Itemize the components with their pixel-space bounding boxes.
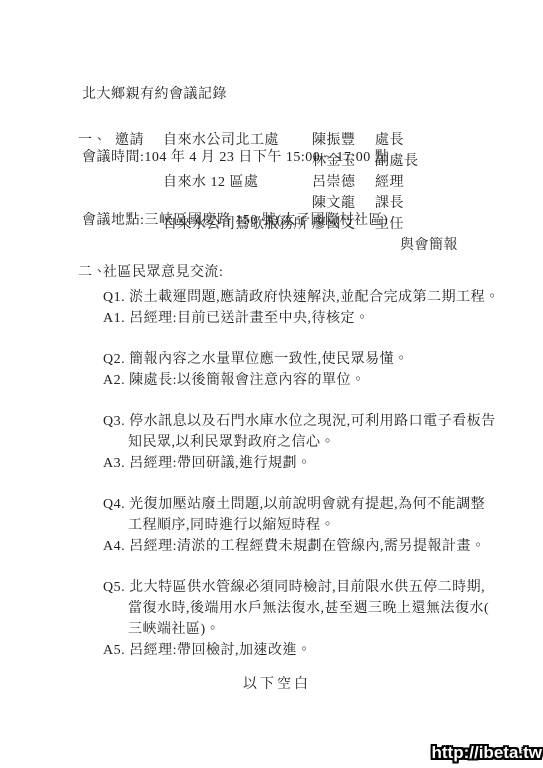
qa-item-2: Q2. 簡報內容之水量單位應一致性,使民眾易懂。 A2. 陳處長:以後簡報會注意…	[103, 349, 528, 391]
invitee-title: 處長	[375, 130, 528, 151]
qa-item-5: Q5. 北大特區供水管線必須同時檢討,目前限水供五停二時期, 當復水時,後端用水…	[103, 577, 528, 661]
invite-row: 一、 邀請 自來水公司北工處 陳振豐 處長	[78, 130, 528, 151]
end-of-content-note: 以下空白	[243, 674, 311, 695]
watermark-text: http://ibeta.tw	[432, 742, 542, 763]
invitee-title: 經理	[375, 172, 528, 193]
qa-item-3: Q3. 停水訊息以及石門水庫水位之現況,可利用路口電子看板告 知民眾,以利民眾對…	[103, 411, 528, 474]
invite-row: 陳文龍 課長	[78, 193, 528, 214]
invitee-org	[163, 151, 312, 172]
feedback-heading: 二、 社區民眾意見交流:	[78, 262, 528, 283]
section-number: 二、	[78, 262, 103, 283]
invite-row: 自來水 12 區處 呂崇德 經理	[78, 172, 528, 193]
invitee-title: 課長	[375, 193, 528, 214]
invitee-org: 自來水 12 區處	[163, 172, 312, 193]
section-number: 一、	[78, 130, 115, 151]
briefing-note: 與會簡報	[78, 235, 528, 256]
invitee-name: 陳振豐	[312, 130, 375, 151]
question-text: Q4. 光復加壓站廢土問題,以前說明會就有提起,為何不能調整	[103, 494, 528, 515]
question-text: Q1. 淤土載運問題,應請政府快速解決,並配合完成第二期工程。	[103, 287, 528, 308]
answer-text: A4. 呂經理:清淤的工程經費未規劃在管線內,需另提報計畫。	[103, 536, 528, 557]
question-text-continued: 工程順序,同時進行以縮短時程。	[103, 515, 528, 536]
section-heading: 社區民眾意見交流:	[103, 262, 223, 283]
qa-item-4: Q4. 光復加壓站廢土問題,以前說明會就有提起,為何不能調整 工程順序,同時進行…	[103, 494, 528, 557]
invite-row: 自來水公司鶯歌服務所 廖國文 主任	[78, 214, 528, 235]
feedback-section: 二、 社區民眾意見交流: Q1. 淤土載運問題,應請政府快速解決,並配合完成第二…	[78, 262, 528, 661]
invitee-name: 廖國文	[312, 214, 375, 235]
invitee-name: 陳文龍	[312, 193, 375, 214]
answer-text: A3. 呂經理:帶回研議,進行規劃。	[103, 453, 528, 474]
meeting-minutes-document: 北大鄉親有約會議記錄 會議時間:104 年 4 月 23 日下午 15:00 ~…	[0, 0, 543, 768]
question-text-continued: 知民眾,以利民眾對政府之信心。	[103, 432, 528, 453]
answer-text: A1. 呂經理:目前已送計畫至中央,待核定。	[103, 308, 528, 329]
question-text-continued: 三峽端社區)。	[103, 619, 528, 640]
invitee-name: 林金玉	[312, 151, 375, 172]
invitee-title: 副處長	[375, 151, 528, 172]
invitee-org: 自來水公司北工處	[163, 130, 312, 151]
invitee-name: 呂崇德	[312, 172, 375, 193]
invitee-org	[163, 193, 312, 214]
invitee-org: 自來水公司鶯歌服務所	[163, 214, 312, 235]
answer-text: A2. 陳處長:以後簡報會注意內容的單位。	[103, 370, 528, 391]
invitee-title: 主任	[375, 214, 528, 235]
section-heading: 邀請	[115, 130, 163, 151]
document-title: 北大鄉親有約會議記錄	[82, 84, 389, 105]
invite-section: 一、 邀請 自來水公司北工處 陳振豐 處長 林金玉 副處長 自來水 12 區處 …	[78, 130, 528, 256]
answer-text: A5. 呂經理:帶回檢討,加速改進。	[103, 640, 528, 661]
question-text-continued: 當復水時,後端用水戶無法復水,甚至週三晚上還無法復水(	[103, 598, 528, 619]
question-text: Q2. 簡報內容之水量單位應一致性,使民眾易懂。	[103, 349, 528, 370]
question-text: Q5. 北大特區供水管線必須同時檢討,目前限水供五停二時期,	[103, 577, 528, 598]
qa-item-1: Q1. 淤土載運問題,應請政府快速解決,並配合完成第二期工程。 A1. 呂經理:…	[103, 287, 528, 329]
invite-row: 林金玉 副處長	[78, 151, 528, 172]
question-text: Q3. 停水訊息以及石門水庫水位之現況,可利用路口電子看板告	[103, 411, 528, 432]
